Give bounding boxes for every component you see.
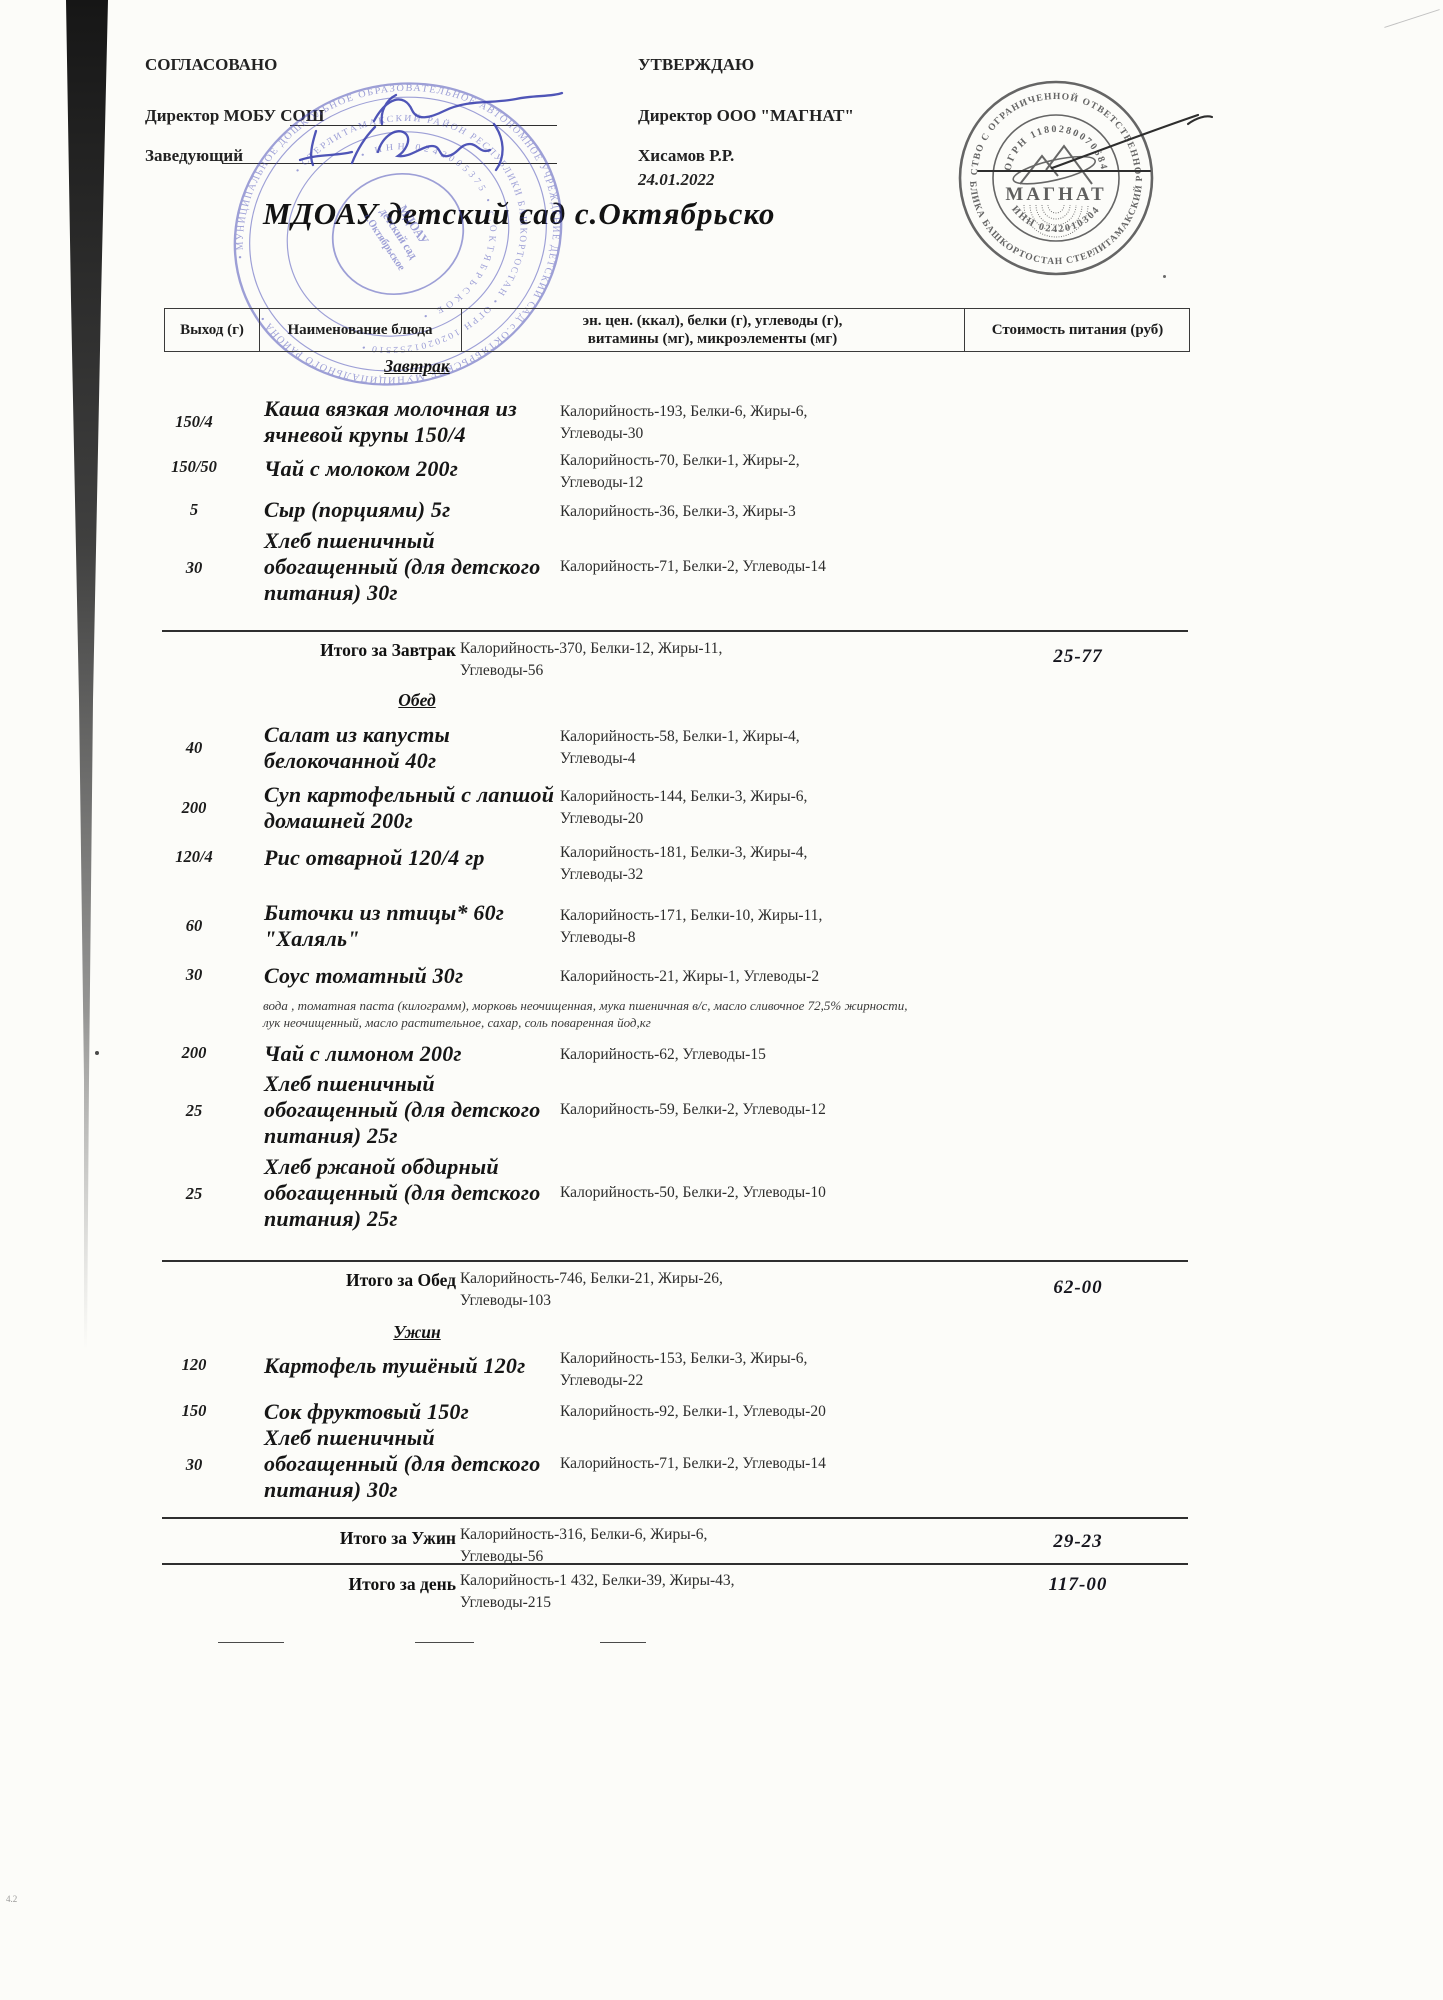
total-label: Итого за Ужин [164,1528,456,1549]
dish-output: 120/4 [164,847,224,867]
dish-output: 200 [164,1043,224,1063]
dish-output: 150/50 [164,457,224,477]
total-label: Итого за Завтрак [164,640,456,661]
dish-nutrition: Калорийность-36, Белки-3, Жиры-3 [560,501,980,523]
dish-output: 30 [164,558,224,578]
dish-name: Хлеб пшеничный обогащенный (для детского… [264,528,560,606]
section-separator-line [162,630,1188,632]
total-price: 62-00 [970,1277,1186,1299]
total-price: 29-23 [970,1531,1186,1553]
total-label: Итого за день [164,1574,456,1595]
dish-name: Картофель тушёный 120г [264,1353,560,1379]
dish-name: Хлеб пшеничный обогащенный (для детского… [264,1425,560,1503]
dish-name: Хлеб ржаной обдирный обогащенный (для де… [264,1154,560,1232]
dish-name: Салат из капусты белокочанной 40г [264,722,560,774]
dish-nutrition: Калорийность-70, Белки-1, Жиры-2, Углево… [560,450,980,494]
dish-nutrition: Калорийность-21, Жиры-1, Углеводы-2 [560,966,980,988]
dish-output: 5 [164,500,224,520]
total-nutrition: Калорийность-746, Белки-21, Жиры-26, Угл… [460,1268,965,1312]
dish-output: 25 [164,1184,224,1204]
stray-ink-dot [95,1051,99,1055]
dish-output: 60 [164,916,224,936]
section-label-lunch: Обед [164,690,670,711]
header-price: Стоимость питания (руб) [964,309,1191,351]
dish-name: Чай с лимоном 200г [264,1041,560,1067]
total-nutrition: Калорийность-370, Белки-12, Жиры-11, Угл… [460,638,965,682]
dish-nutrition: Калорийность-71, Белки-2, Углеводы-14 [560,556,980,578]
section-separator-line [162,1260,1188,1262]
dish-nutrition: Калорийность-71, Белки-2, Углеводы-14 [560,1453,980,1475]
blank-line [218,1642,284,1643]
dish-name: Хлеб пшеничный обогащенный (для детского… [264,1071,560,1149]
dish-output: 25 [164,1101,224,1121]
dish-name: Рис отварной 120/4 гр [264,845,560,871]
dish-name: Каша вязкая молочная из ячневой крупы 15… [264,396,560,448]
dish-nutrition: Калорийность-50, Белки-2, Углеводы-10 [560,1182,980,1204]
section-separator-line [162,1517,1188,1519]
stray-ink-dot [1163,275,1166,278]
dish-name: Сок фруктовый 150г [264,1399,560,1425]
dish-output: 30 [164,1455,224,1475]
dish-name: Суп картофельный с лапшой домашней 200г [264,782,560,834]
dish-output: 30 [164,965,224,985]
dish-nutrition: Калорийность-193, Белки-6, Жиры-6, Углев… [560,401,980,445]
dish-name: Чай с молоком 200г [264,456,560,482]
section-separator-line [162,1563,1188,1565]
dish-name: Биточки из птицы* 60г "Халяль" [264,900,560,952]
blank-line [415,1642,474,1643]
total-nutrition: Калорийность-316, Белки-6, Жиры-6, Углев… [460,1524,965,1568]
dish-nutrition: Калорийность-171, Белки-10, Жиры-11, Угл… [560,905,980,949]
total-label: Итого за Обед [164,1270,456,1291]
dish-output: 40 [164,738,224,758]
section-label-breakfast: Завтрак [164,356,670,377]
dish-name: Сыр (порциями) 5г [264,497,560,523]
header-nutrition: эн. цен. (ккал), белки (г), углеводы (г)… [461,309,964,351]
section-label-dinner: Ужин [164,1322,670,1343]
pen-flick-through-stamp [978,115,1212,171]
total-price: 25-77 [970,646,1186,668]
dish-name: Соус томатный 30г [264,963,560,989]
dish-nutrition: Калорийность-181, Белки-3, Жиры-4, Углев… [560,842,980,886]
header-output: Выход (г) [165,309,259,351]
dish-output: 150 [164,1401,224,1421]
dish-output: 120 [164,1355,224,1375]
blank-line [600,1642,646,1643]
total-price: 117-00 [970,1574,1186,1596]
dish-nutrition: Калорийность-144, Белки-3, Жиры-6, Углев… [560,786,980,830]
dish-nutrition: Калорийность-62, Углеводы-15 [560,1044,980,1066]
handwritten-signatures [0,0,1443,260]
scan-corner-mark: 4.2 [6,1894,17,1904]
scanned-menu-document: СОГЛАСОВАНО Директор МОБУ СОШ Заведующий… [0,0,1443,2000]
dish-nutrition: Калорийность-92, Белки-1, Углеводы-20 [560,1401,980,1423]
table-header: Выход (г) Наименование блюда эн. цен. (к… [164,308,1190,352]
header-dish-name: Наименование блюда [259,309,461,351]
total-nutrition: Калорийность-1 432, Белки-39, Жиры-43, У… [460,1570,965,1614]
dish-nutrition: Калорийность-59, Белки-2, Углеводы-12 [560,1099,980,1121]
dish-nutrition: Калорийность-153, Белки-3, Жиры-6, Углев… [560,1348,980,1392]
dish-nutrition: Калорийность-58, Белки-1, Жиры-4, Углево… [560,726,980,770]
dish-output: 200 [164,798,224,818]
dish-output: 150/4 [164,412,224,432]
ingredients-note: вода , томатная паста (килограмм), морко… [263,997,1093,1031]
